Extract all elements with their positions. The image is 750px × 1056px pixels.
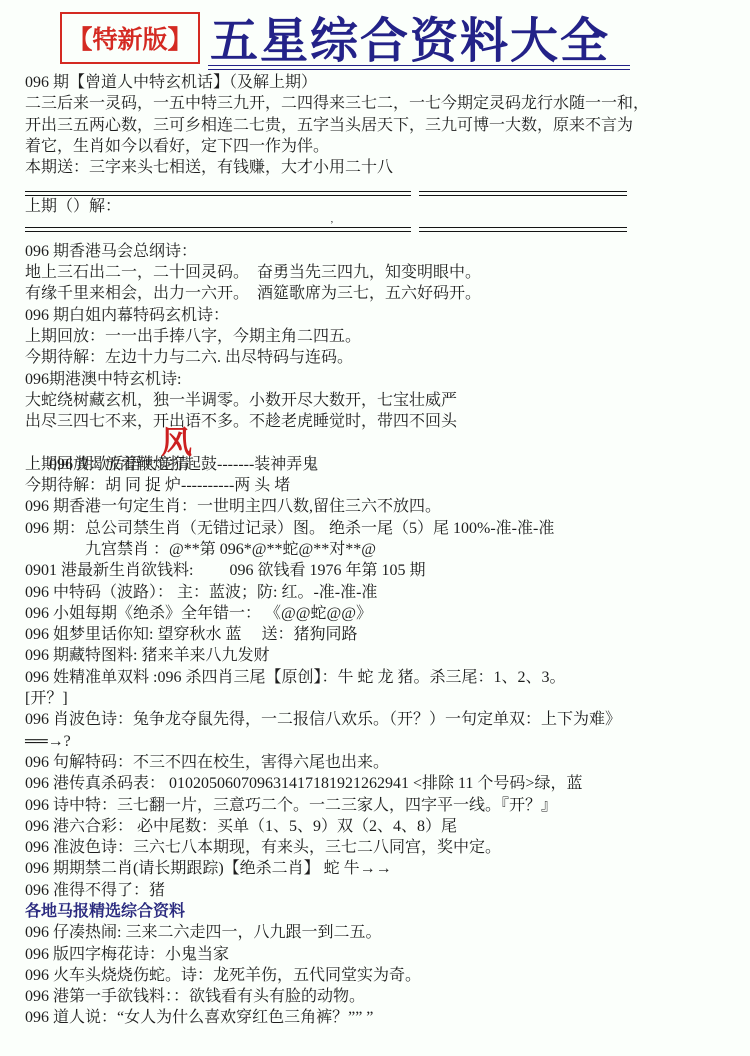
text-line: 今期待解：左边十力与二六. 出尽特码与连码。 bbox=[25, 347, 750, 368]
red-overlay-char: 风 bbox=[161, 427, 192, 458]
text-line: 096 期期禁二肖(请长期跟踪)【绝杀二肖】 蛇 牛→→ bbox=[25, 858, 750, 879]
text-line: 096 期藏特图料: 猪来羊来八九发财 bbox=[25, 645, 750, 666]
edition-badge: 【特新版】 bbox=[60, 12, 200, 64]
document-page: 【特新版】 五星综合资料大全 ’ 096 期【曾道人中特玄机话】（及解上期） 二… bbox=[0, 0, 750, 1056]
text-line: ══→? bbox=[25, 731, 750, 752]
text-line: 096 中特码（波路）： 主：蓝波；防: 红。-准-准-准 bbox=[25, 582, 750, 603]
regional-section-heading: 各地马报精选综合资料 bbox=[25, 901, 750, 922]
document-body: 096 期【曾道人中特玄机话】（及解上期） 二三后来一灵码，一五中特三九开，二四… bbox=[0, 0, 750, 1029]
riddle-line: 096 期歇后语大竞猜 风 bbox=[25, 432, 750, 453]
text-line: 096 诗中特：三七翻一片，三意巧二个。一二三家人，四字平一线。『开？』 bbox=[25, 795, 750, 816]
text-line: 096期港澳中特玄机诗: bbox=[25, 369, 750, 390]
double-rule bbox=[25, 227, 627, 232]
text-line: 地上三石出二一，二十回灵码。 奋勇当先三四九，知变明眼中。 bbox=[25, 262, 750, 283]
text-line: 今期待解：胡 同 捉 炉----------两 头 堵 bbox=[25, 475, 750, 496]
page-title: 五星综合资料大全 bbox=[210, 2, 630, 71]
text-line: 开出三五两心数，三可乡相连二七贵，五字当头居天下，三九可博一大数，原来不言为 bbox=[25, 115, 750, 136]
text-line: 096 港六合彩： 必中尾数：买单（1、5、9）双（2、4、8）尾 bbox=[25, 816, 750, 837]
nine-palace-line: 九宫禁肖 ：@**第 096*@**蛇@**对**@ bbox=[25, 539, 750, 560]
text-line: 096 港第一手欲钱料：：欲钱看有头有脸的动物。 bbox=[25, 986, 750, 1007]
text-line: 着它，生肖如今以看好，定下四一作为伴。 bbox=[25, 136, 750, 157]
text-line: 096 句解特码：不三不四在校生，害得六尾也出来。 bbox=[25, 752, 750, 773]
text-line: 096 肖波色诗：兔争龙夺鼠先得，一二报信八欢乐。（开？）一句定单双：上下为难》 bbox=[25, 709, 750, 730]
text-line: 上期回放：一一出手捧八字，今期主角二四五。 bbox=[25, 326, 750, 347]
text-line: 096 期：总公司禁生肖（无错过记录）图。 绝杀一尾（5）尾 100%-准-准-… bbox=[25, 518, 750, 539]
text-line: 大蛇绕树藏玄机，独一半调零。小数开尽大数开，七宝壮威严 bbox=[25, 390, 750, 411]
text-line: [开？] bbox=[25, 688, 750, 709]
text-line: 有缘千里来相会，出力一六开。 酒筵歌席为三七，五六好码开。 bbox=[25, 283, 750, 304]
text-line: 096 期白姐内幕特码玄机诗： bbox=[25, 305, 750, 326]
text-line: 096 火车头烧烧伤蛇。诗：龙死羊伤，五代同堂实为奇。 bbox=[25, 965, 750, 986]
text-line: 096 道人说：“女人为什么喜欢穿红色三角裤？”” ” bbox=[25, 1007, 750, 1028]
text-line: 096 版四字梅花诗：小鬼当家 bbox=[25, 944, 750, 965]
stray-mark: ’ bbox=[330, 219, 334, 231]
text-line: 096 姓精准单双料 :096 杀四肖三尾【原创】：牛 蛇 龙 猪。杀三尾：1、… bbox=[25, 667, 750, 688]
text-line: 096 期香港马会总纲诗： bbox=[25, 241, 750, 262]
rule-segment bbox=[25, 227, 411, 232]
text-line: 096 仔凑热闹: 三来二六走四一，八九跟一到二五。 bbox=[25, 922, 750, 943]
rule-segment bbox=[419, 227, 627, 232]
text-line: 096 小姐每期《绝杀》全年错一： 《@@蛇@@》 bbox=[25, 603, 750, 624]
text-line: 本期送：三字来头七相送，有钱赚，大才小用二十八 bbox=[25, 157, 750, 178]
text-line: 出尽三四七不来，开出语不多。不趁老虎睡觉时，带四不回头 bbox=[25, 411, 750, 432]
prev-issue-line: 上期（）解： bbox=[25, 196, 750, 217]
text-line: 096 期香港一句定生肖：一世明主四八数,留住三六不放四。 bbox=[25, 496, 750, 517]
title-underline bbox=[208, 65, 630, 70]
text-line: 096 准波色诗：三六七八本期现，有来头，三七二八同宫，奖中定。 bbox=[25, 837, 750, 858]
text-line: 096 准得不得了：猪 bbox=[25, 880, 750, 901]
text-line: 096 期【曾道人中特玄机话】（及解上期） bbox=[25, 72, 750, 93]
text-line: 二三后来一灵码，一五中特三九开，二四得来三七二，一七今期定灵码龙行水随一一和， bbox=[25, 93, 750, 114]
text-line: 096 港传真杀码表： 0102050607096314171819212629… bbox=[25, 773, 750, 794]
text-line: 0901 港最新生肖欲钱料: 096 欲钱看 1976 年第 105 期 bbox=[25, 560, 750, 581]
rule-segment bbox=[419, 191, 627, 196]
text-line: 096 姐梦里话你知: 望穿秋水 蓝 送：猪狗同路 bbox=[25, 624, 750, 645]
